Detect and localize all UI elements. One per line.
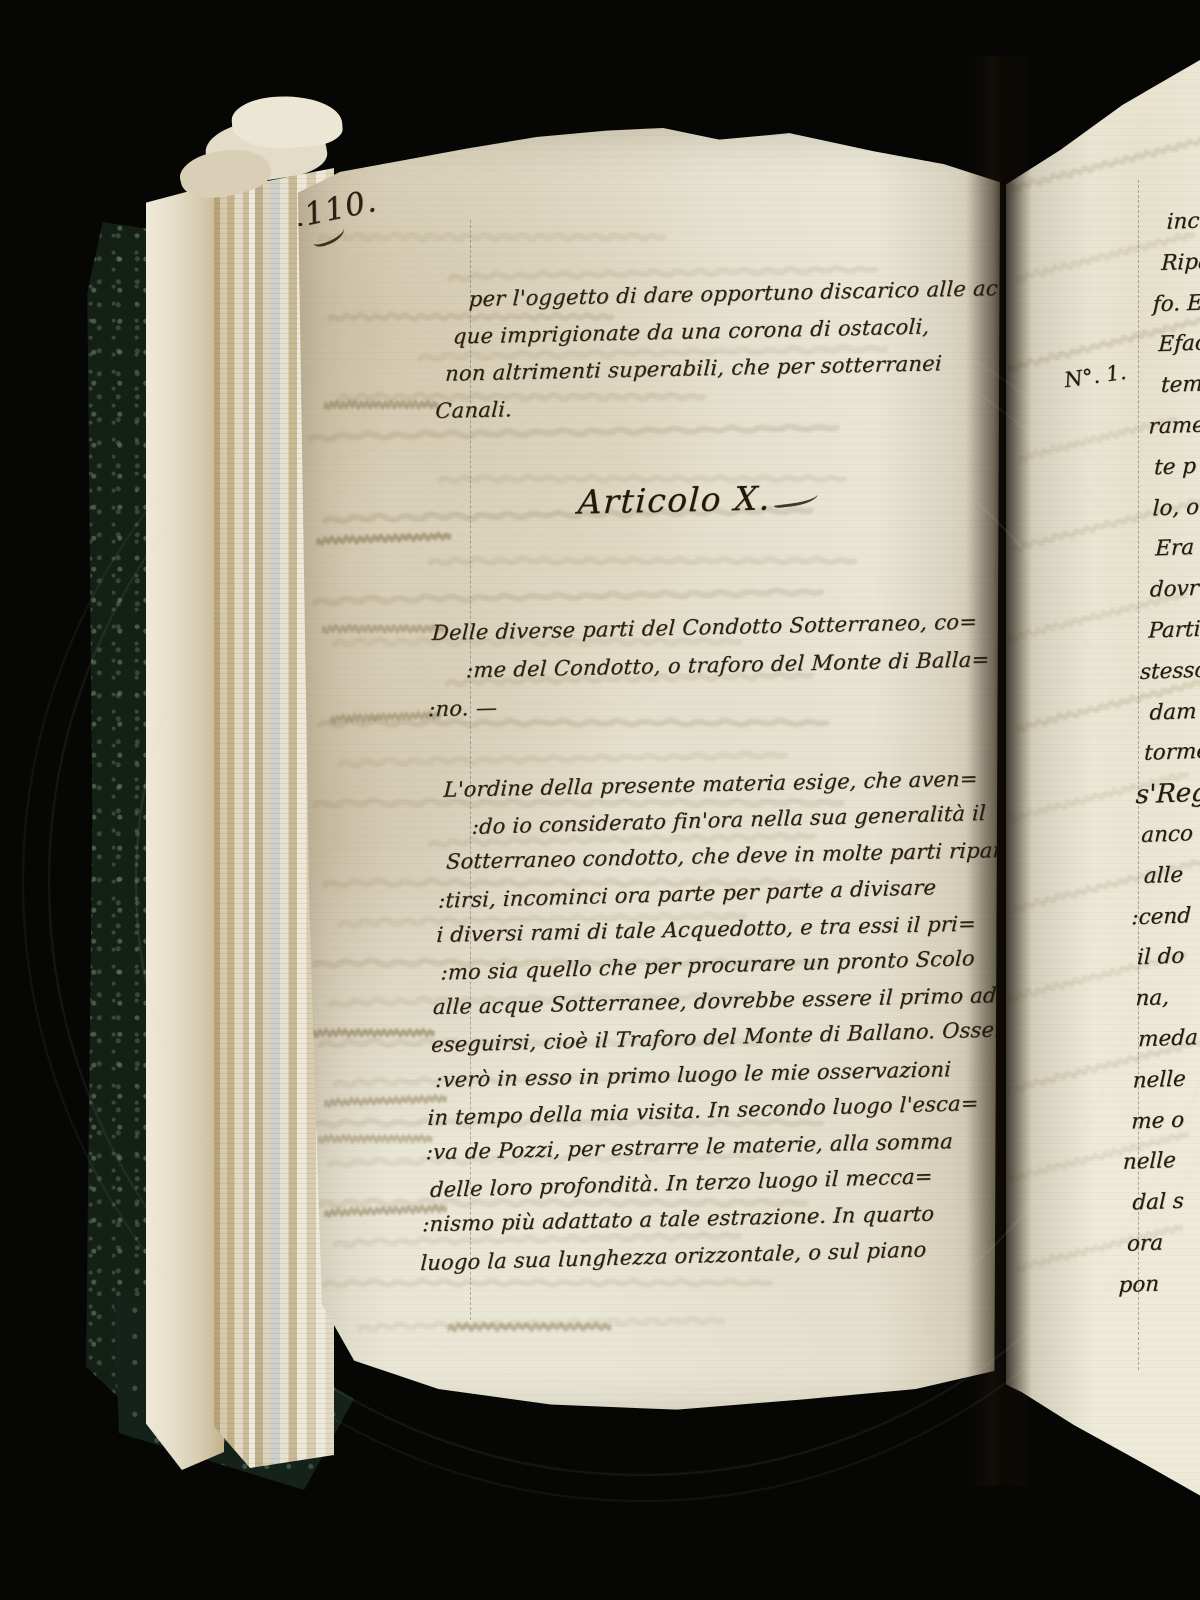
fragment-line: :cend [1131,890,1200,939]
manuscript-photo: 110. per l'oggetto di dare opportuno dis… [0,0,1200,1600]
body-paragraph: L'ordine della presente materia esige, c… [420,760,1025,1280]
fragment-line: lo, o [1152,481,1200,530]
article-heading: Articolo X. [437,475,959,525]
fragment-line: te p [1153,440,1200,489]
fragment-line: nelle [1122,1135,1200,1184]
fragment-line: Eface [1158,318,1200,367]
fragment-line: na, [1135,972,1200,1021]
intro-paragraph: per l'oggetto di dare opportuno discaric… [434,270,1001,430]
fragment-line: dal s [1132,1176,1200,1224]
fragment-line: nelle [1132,1053,1200,1102]
fragment-line: torme [1143,726,1200,775]
fragment-line: me o [1131,1094,1200,1143]
fragment-line: alle [1143,849,1200,897]
fragment-line: fo. E [1152,277,1200,326]
fragment-line: rame [1148,400,1200,449]
fragment-line: il do [1136,931,1200,980]
fragment-line: Parti [1148,604,1200,653]
fragment-line: tem [1160,359,1200,407]
fragment-line: Ripa [1160,236,1200,285]
fragment-line: anco [1140,808,1200,857]
fragment-line: incli [1166,195,1200,243]
book-cover-edge [86,222,150,1402]
page-number: 110. [301,183,380,233]
fragment-line: dam [1149,686,1200,734]
fragment-line: pon [1118,1258,1200,1307]
fragment-line: meda [1137,1013,1200,1061]
left-page: 110. per l'oggetto di dare opportuno dis… [298,128,1000,1420]
fragment-line: ora [1126,1217,1200,1266]
fragment-line: Era [1154,522,1200,570]
fragment-line: s'Reg [1135,767,1200,816]
fragment-line: stesso [1139,645,1200,694]
subject-paragraph: Delle diverse parti del Condotto Sotterr… [427,602,1012,728]
clipped-text-column: incliRipafo. EEfacetemramete plo, oErado… [1125,195,1200,1306]
book-gutter-shadow [966,56,1032,1486]
margin-note: N°. 1. [1063,360,1128,392]
fragment-line: dovr [1149,563,1200,612]
page-edge-band [146,182,224,1470]
right-page-partial: N°. 1. incliRipafo. EEfacetemramete plo,… [1006,30,1200,1530]
article-heading-text: Articolo X. [577,477,819,521]
